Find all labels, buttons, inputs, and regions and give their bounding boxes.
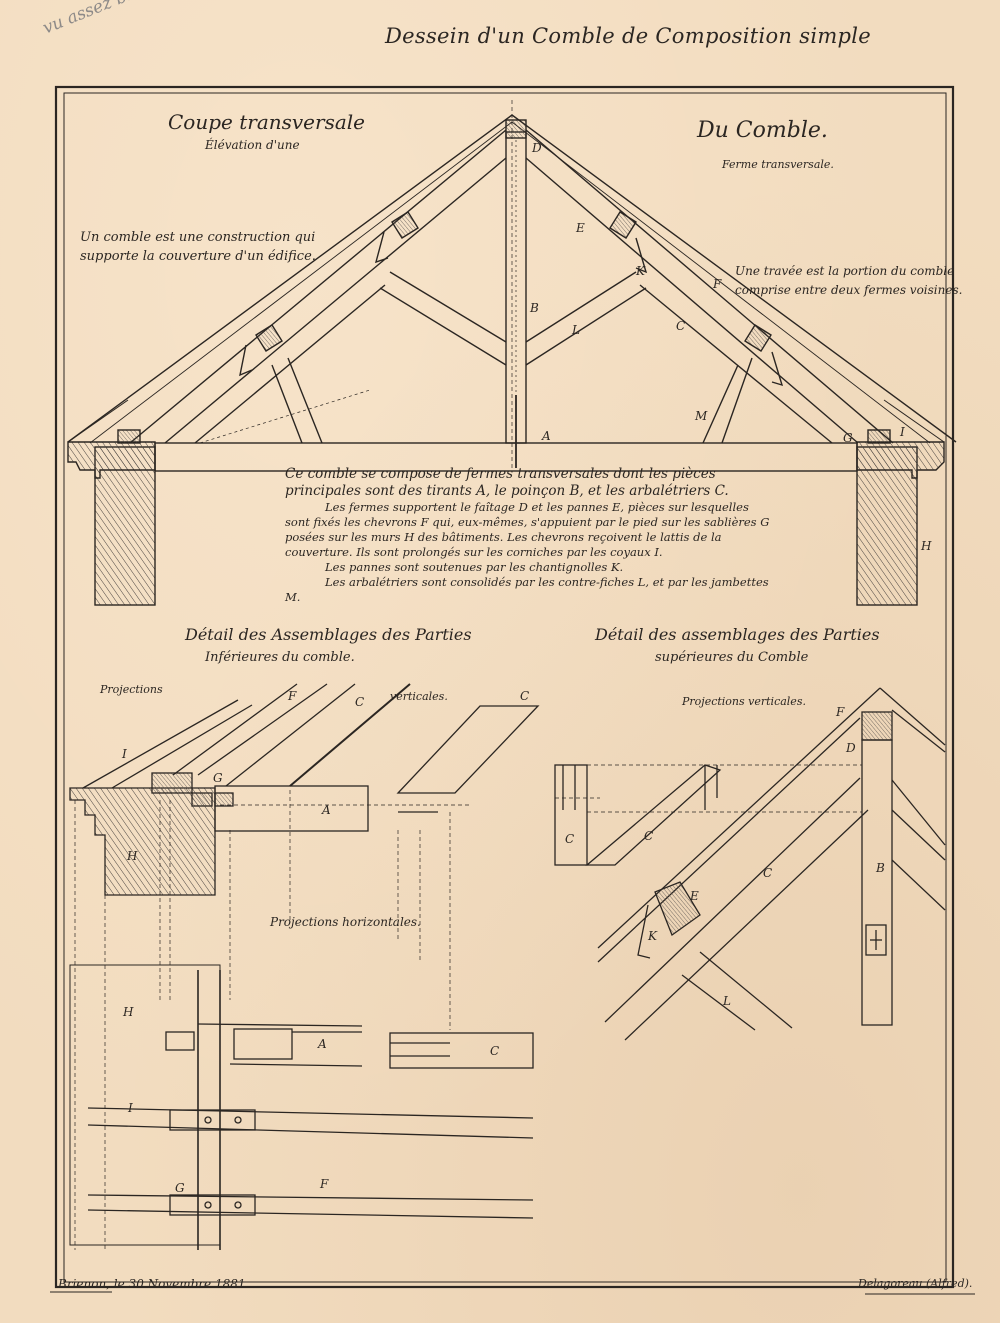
part-label: C (763, 866, 772, 880)
truss-description: Ce comble se compose de fermes transvers… (285, 466, 775, 605)
part-label: H (126, 849, 138, 863)
label-I: I (899, 425, 905, 439)
part-label: I (121, 747, 127, 761)
label-F: F (712, 277, 722, 291)
part-label: G (175, 1181, 185, 1195)
part-label: F (287, 689, 297, 703)
label-L: L (571, 323, 580, 337)
part-label: C (355, 695, 364, 709)
part-label: K (647, 929, 658, 943)
part-label: E (689, 889, 699, 903)
lower-proj-vertical-label-b: verticales. (390, 690, 448, 703)
part-label: C (644, 829, 653, 843)
main-title-left: Coupe transversale (168, 110, 365, 134)
label-K: K (635, 264, 646, 278)
label-E: E (575, 221, 585, 235)
label-M: M (694, 409, 708, 423)
lower-proj-horizontal-label: Projections horizontales. (270, 915, 421, 929)
main-subtitle-left: Élévation d'une (205, 138, 300, 152)
part-label: A (317, 1037, 327, 1051)
label-B: B (529, 301, 539, 315)
part-label: B (875, 861, 885, 875)
definition-travee: Une travée est la portion du comble comp… (735, 262, 962, 300)
part-label: C (565, 832, 574, 846)
lower-detail-drawing (70, 684, 538, 1250)
part-label: C (490, 1044, 499, 1058)
label-G: G (843, 431, 853, 445)
part-label: H (122, 1005, 134, 1019)
label-C: C (676, 319, 685, 333)
main-subtitle-right: Ferme transversale. (722, 158, 834, 171)
place-date: Brienon, le 30 Novembre 1881. (58, 1277, 249, 1291)
upper-proj-vertical-label: Projections verticales. (682, 695, 806, 708)
label-H: H (920, 539, 932, 553)
signature: Delagoreau (Alfred). (858, 1277, 972, 1290)
upper-detail-title: Détail des assemblages des Parties (595, 625, 880, 644)
part-label: L (722, 994, 731, 1008)
part-label: G (213, 771, 223, 785)
label-A: A (541, 429, 551, 443)
lower-detail-title: Détail des Assemblages des Parties (185, 625, 472, 644)
definition-comble: Un comble est une construction qui suppo… (80, 228, 316, 266)
drawing-canvas: D E K F B L C M A G I H I F C C G A H H … (0, 0, 1000, 1323)
part-label: C (520, 689, 529, 703)
lower-detail-subtitle: Inférieures du comble. (205, 650, 355, 665)
part-label: A (321, 803, 331, 817)
part-label: D (845, 741, 856, 755)
lower-proj-vertical-label-a: Projections (100, 683, 163, 696)
main-title-right: Du Comble. (697, 118, 828, 143)
part-label: F (319, 1177, 329, 1191)
upper-detail-drawing (555, 688, 945, 1040)
part-label: I (127, 1101, 133, 1115)
part-label: F (835, 705, 845, 719)
label-D: D (531, 141, 542, 155)
upper-detail-subtitle: supérieures du Comble (655, 650, 808, 665)
